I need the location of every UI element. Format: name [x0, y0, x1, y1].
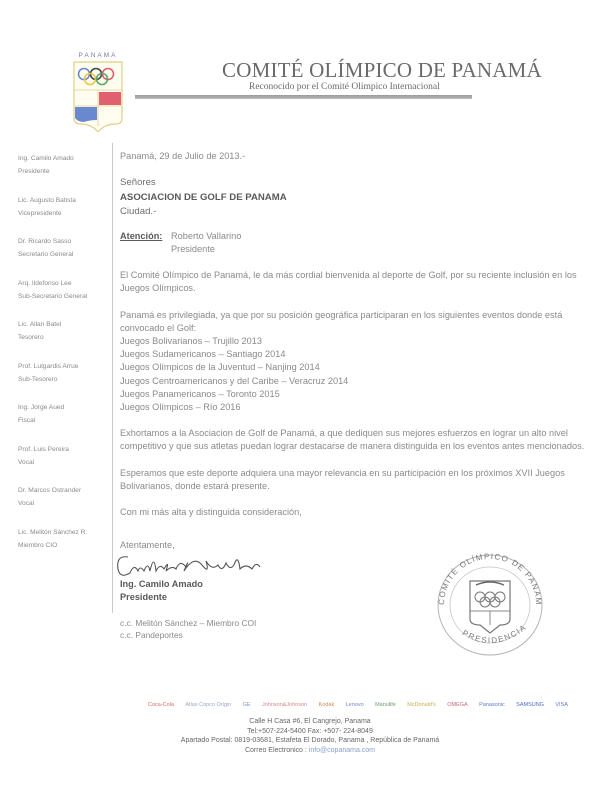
event-item: Juegos Panamericanos – Toronto 2015: [120, 388, 590, 401]
sponsor-logo: GE: [243, 702, 251, 708]
attention-title: Presidente: [171, 243, 241, 256]
footer-postal: Apartado Postal: 0819-03681, Estafeta El…: [140, 736, 480, 746]
board-member: Ing. Camilo AmadoPresidente: [18, 152, 110, 178]
board-member: Prof. Lutgardis ArrueSub-Tesorero: [18, 360, 110, 386]
board-member: Ing. Jorge AuedFiscal: [18, 401, 110, 427]
event-item: Juegos Bolivarianos – Trujillo 2013: [120, 335, 590, 348]
board-member: Dr. Marcos OstranderVocal: [18, 484, 110, 510]
closing-line: Con mi más alta y distinguida considerac…: [120, 506, 590, 519]
svg-text:PRESIDENCIA: PRESIDENCIA: [461, 622, 529, 645]
paragraph-events-intro: Panamá es privilegiada, ya que por su po…: [120, 309, 590, 335]
event-item: Juegos Centroamericanos y del Caribe – V…: [120, 375, 590, 388]
recipient-organization: ASOCIACION DE GOLF DE PANAMA: [120, 191, 590, 206]
sidebar-divider: [112, 143, 113, 613]
board-member: Prof. Luis PereiraVocal: [18, 443, 110, 469]
event-item: Juegos Olímpicos de la Juventud – Nanjin…: [120, 361, 590, 374]
sponsor-logo: Johnson&Johnson: [262, 702, 307, 708]
olympic-committee-crest: PANAMA: [72, 52, 124, 132]
sponsor-logo: Coca-Cola: [148, 702, 174, 708]
organization-title: COMITÉ OLÍMPICO DE PANAMÁ: [222, 58, 542, 83]
paragraph-exhortation: Exhortamos a la Asociacion de Golf de Pa…: [120, 427, 590, 453]
sponsor-logo: VISA: [555, 702, 568, 708]
footer-phone: Tel:+507-224-5400 Fax: +507- 224-8049: [140, 727, 480, 737]
sponsor-logo: Lenovo: [346, 702, 364, 708]
footer-contact: Calle H Casa #6, El Cangrejo, Panama Tel…: [140, 717, 480, 755]
crest-shield-icon: [72, 60, 124, 132]
presidency-seal-icon: COMITÉ OLÍMPICO DE PANAMÁ PRESIDENCIA: [430, 545, 550, 660]
recipient-city: Ciudad.-: [120, 205, 590, 220]
sponsor-logo: OMEGA: [447, 702, 467, 708]
attention-name: Roberto Vallarino: [171, 230, 241, 243]
event-item: Juegos Olímpicos – Río 2016: [120, 401, 590, 414]
official-stamp: COMITÉ OLÍMPICO DE PANAMÁ PRESIDENCIA: [430, 545, 550, 660]
letter-date: Panamá, 29 de Julio de 2013.-: [120, 150, 590, 163]
sponsor-logo: Manulife: [375, 702, 396, 708]
footer-address: Calle H Casa #6, El Cangrejo, Panama: [140, 717, 480, 727]
recipient-salutation: Señores: [120, 176, 590, 191]
board-member: Dr. Ricardo SassoSecretario General: [18, 235, 110, 261]
sponsor-logo: Panasonic: [479, 702, 505, 708]
board-member: Lic. Melitón Sánchez R.Miembro CIO: [18, 526, 110, 552]
event-item: Juegos Sudamericanos – Santiago 2014: [120, 348, 590, 361]
footer-email-line: Correo Electronico : info@copanama.com: [140, 746, 480, 756]
attention-line: Atención: Roberto Vallarino Presidente: [120, 230, 590, 256]
attention-label: Atención:: [120, 230, 171, 256]
sponsor-logo: McDonald's: [407, 702, 436, 708]
paragraph-welcome: El Comité Olímpico de Panamá, le da más …: [120, 269, 590, 295]
events-list: Juegos Bolivarianos – Trujillo 2013 Jueg…: [120, 335, 590, 414]
crest-label: PANAMA: [72, 52, 124, 59]
board-member: Lic. Augusto BatistaVicepresidente: [18, 194, 110, 220]
sponsor-logo: SAMSUNG: [516, 702, 544, 708]
board-member: Arq. Ildefonso LeeSub-Secretario General: [18, 277, 110, 303]
sponsor-logo: Kodak: [319, 702, 335, 708]
board-members-sidebar: Ing. Camilo AmadoPresidente Lic. Augusto…: [18, 152, 110, 567]
paragraph-relevance: Esperamos que este deporte adquiera una …: [120, 467, 590, 493]
handwritten-signature-icon: [114, 549, 284, 583]
board-member: Lic. Allan BatelTesorero: [18, 318, 110, 344]
sponsors-row: Coca-Cola Atlas Copco Origin GE Johnson&…: [148, 702, 568, 708]
sponsor-logo: Atlas Copco Origin: [185, 702, 231, 708]
organization-subtitle: Reconocido por el Comité Olímpico Intern…: [249, 82, 440, 92]
footer-email-link[interactable]: info@copanama.com: [309, 747, 375, 754]
footer-email-label: Correo Electronico :: [245, 747, 309, 754]
header-rule: [135, 95, 472, 99]
